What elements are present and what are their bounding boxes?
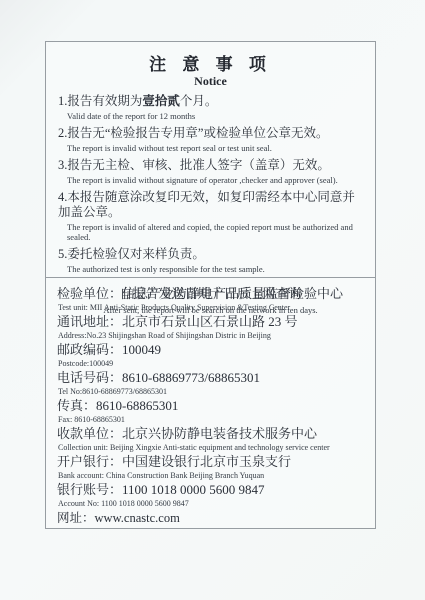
notice-item: 2.报告无“检验报告专用章”或检验单位公章无效。 The report is i…: [58, 126, 363, 153]
scanned-document-page: { "colors": { "paper": "#f6f9f9", "borde…: [0, 0, 425, 600]
page-title-en: Notice: [58, 74, 363, 89]
website-urls: www.cnastc.com www.chinainfoesd.com: [95, 511, 213, 528]
website-url-1: www.cnastc.com: [95, 511, 213, 526]
notice-item: 3.报告无主检、审核、批准人签字（盖章）无效。 The report is in…: [58, 158, 363, 185]
item1-bold-duration: 壹拾贰: [142, 94, 180, 108]
contact-section: 检验单位：信息产业防静电产品质量监督检验中心 Test unit: MII An…: [46, 278, 375, 528]
website-row: 网址： www.cnastc.com www.chinainfoesd.com: [57, 511, 365, 528]
website-label: 网址：: [57, 511, 95, 528]
contact-row: 邮政编码：100049 Postcode:100049: [57, 342, 365, 369]
contact-row-cn: 电话号码：8610-68869773/68865301: [57, 370, 365, 386]
contact-row-cn: 传真：8610-68865301: [57, 398, 365, 414]
notice-item-text-en: The report is invalid of altered and cop…: [67, 222, 363, 242]
contact-row-cn: 收款单位：北京兴协防静电装备技术服务中心: [57, 426, 365, 442]
contact-row-cn: 银行账号：1100 1018 0000 5600 9847: [57, 482, 365, 498]
notice-item-text-en: Valid date of the report for 12 months: [67, 111, 363, 121]
notice-item-text-cn: 3.报告无主检、审核、批准人签字（盖章）无效。: [58, 158, 363, 173]
notice-item-text-en: The authorized test is only responsible …: [67, 264, 363, 274]
contact-row-en: Collection unit: Beijing Xingxie Anti-st…: [58, 443, 365, 453]
contact-row-en: Tel No:8610-68869773/68865301: [58, 387, 365, 397]
contact-row-en: Fax: 8610-68865301: [58, 415, 365, 425]
item1-suffix: 个月。: [180, 94, 218, 108]
notice-section: 注 意 事 项 Notice 1.报告有效期为壹拾贰个月。 Valid date…: [46, 42, 375, 315]
contact-row-cn: 开户银行：中国建设银行北京市玉泉支行: [57, 454, 365, 470]
contact-row-en: Test unit: MII Anti-Static Products Qual…: [58, 303, 365, 313]
contact-row-cn: 邮政编码：100049: [57, 342, 365, 358]
contact-row: 通讯地址：北京市石景山区石景山路 23 号 Address:No.23 Shij…: [57, 314, 365, 341]
page-title-cn: 注 意 事 项: [58, 50, 363, 75]
notice-item-text-cn: 2.报告无“检验报告专用章”或检验单位公章无效。: [58, 126, 363, 141]
contact-row: 电话号码：8610-68869773/68865301 Tel No:8610-…: [57, 370, 365, 397]
contact-row: 检验单位：信息产业防静电产品质量监督检验中心 Test unit: MII An…: [57, 286, 365, 313]
notice-item-text-cn: 4.本报告随意涂改复印无效，如复印需经本中心同意并加盖公章。: [58, 190, 363, 220]
contact-row-cn: 通讯地址：北京市石景山区石景山路 23 号: [57, 314, 365, 330]
notice-item-text-en: The report is invalid without test repor…: [67, 143, 363, 153]
notice-item: 5.委托检验仅对来样负责。 The authorized test is onl…: [58, 247, 363, 274]
item1-prefix: 1.报告有效期为: [58, 94, 142, 108]
notice-border-box: 注 意 事 项 Notice 1.报告有效期为壹拾贰个月。 Valid date…: [45, 41, 376, 529]
notice-item-text-cn: 1.报告有效期为壹拾贰个月。: [58, 94, 363, 109]
contact-row: 银行账号：1100 1018 0000 5600 9847 Account No…: [57, 482, 365, 509]
notice-item: 1.报告有效期为壹拾贰个月。 Valid date of the report …: [58, 94, 363, 121]
contact-row-cn: 检验单位：信息产业防静电产品质量监督检验中心: [57, 286, 365, 302]
contact-row-en: Account No: 1100 1018 0000 5600 9847: [58, 499, 365, 509]
contact-row-en: Bank account: China Construction Bank Be…: [58, 471, 365, 481]
notice-item-text-en: The report is invalid without signature …: [67, 175, 363, 185]
contact-row: 开户银行：中国建设银行北京市玉泉支行 Bank account: China C…: [57, 454, 365, 481]
notice-item: 4.本报告随意涂改复印无效，如复印需经本中心同意并加盖公章。 The repor…: [58, 190, 363, 242]
website-url-2: www.chinainfoesd.com: [95, 526, 213, 528]
contact-row: 收款单位：北京兴协防静电装备技术服务中心 Collection unit: Be…: [57, 426, 365, 453]
notice-item-text-cn: 5.委托检验仅对来样负责。: [58, 247, 363, 262]
contact-row: 传真：8610-68865301 Fax: 8610-68865301: [57, 398, 365, 425]
contact-row-en: Postcode:100049: [58, 359, 365, 369]
contact-row-en: Address:No.23 Shijingshan Road of Shijin…: [58, 331, 365, 341]
